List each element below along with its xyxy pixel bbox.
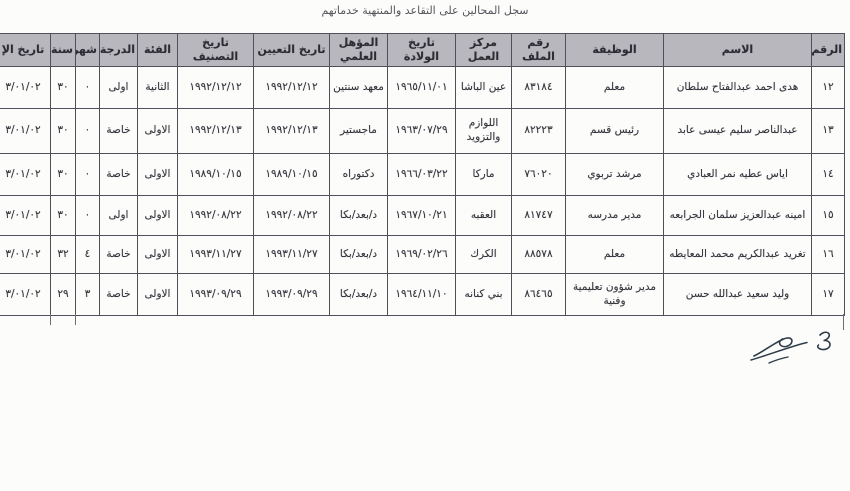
table-cell: ١٩٩٣/١١/٢٧ bbox=[178, 236, 254, 274]
table-cell: الاولى bbox=[138, 109, 178, 154]
table-cell: العقبه bbox=[456, 196, 512, 236]
table-cell: عين الباشا bbox=[456, 67, 512, 109]
table-cell: خاصة bbox=[100, 154, 138, 196]
table-cell: ٢٩ bbox=[51, 274, 76, 316]
table-cell: ١٩٩٢/١٢/١٢ bbox=[178, 67, 254, 109]
table-cell: معلم bbox=[566, 236, 664, 274]
table-cell: ١٣ bbox=[812, 109, 845, 154]
column-header: مركز العمل bbox=[456, 34, 512, 67]
table-cell: تغريد عبدالكريم محمد المعايطه bbox=[664, 236, 812, 274]
column-header: تاريخ الإ bbox=[0, 34, 51, 67]
table-cell: الاولى bbox=[138, 196, 178, 236]
table-cell: ١٩٨٩/١٠/١٥ bbox=[254, 154, 330, 196]
column-header: الرقم bbox=[812, 34, 845, 67]
table-cell: د/بعد/بكا bbox=[330, 236, 388, 274]
table-cell: معلم bbox=[566, 67, 664, 109]
table-cell: دكتوراه bbox=[330, 154, 388, 196]
retirees-register-table: الرقمالاسمالوظيفةرقم الملفمركز العملتاري… bbox=[0, 33, 845, 316]
column-header: رقم الملف bbox=[512, 34, 566, 67]
table-cell: مدير شؤون تعليمية وفنية bbox=[566, 274, 664, 316]
table-cell: ٤ bbox=[76, 236, 100, 274]
table-cell: ١٩٩٢/١٢/١٢ bbox=[254, 67, 330, 109]
table-cell: ١٩٨٩/١٠/١٥ bbox=[178, 154, 254, 196]
table-cell: ٨٨٥٧٨ bbox=[512, 236, 566, 274]
column-header: الدرجة bbox=[100, 34, 138, 67]
table-cell: ٨٣١٨٤ bbox=[512, 67, 566, 109]
table-cell: ١٩٦٥/١١/٠١ bbox=[388, 67, 456, 109]
table-cell: ٠ bbox=[76, 154, 100, 196]
table-cell: ١٩٩٣/١١/٢٧ bbox=[254, 236, 330, 274]
table-cell: خاصة bbox=[100, 274, 138, 316]
table-row: ١٦تغريد عبدالكريم محمد المعايطهمعلم٨٨٥٧٨… bbox=[0, 236, 845, 274]
table-cell: وليد سعيد عبدالله حسن bbox=[664, 274, 812, 316]
table-header: الرقمالاسمالوظيفةرقم الملفمركز العملتاري… bbox=[0, 34, 845, 67]
table-cell: ١٢ bbox=[812, 67, 845, 109]
table-cell: الاولى bbox=[138, 274, 178, 316]
scan-line-artifact bbox=[50, 314, 51, 325]
column-header: سنة bbox=[51, 34, 76, 67]
table-cell: مرشد تربوي bbox=[566, 154, 664, 196]
table-cell: عبدالناصر سليم عيسى عابد bbox=[664, 109, 812, 154]
table-cell: ١٩٩٢/١٢/١٣ bbox=[254, 109, 330, 154]
handwritten-signature bbox=[746, 324, 836, 372]
scan-line-artifact bbox=[75, 314, 76, 325]
table-cell: ١٩٦٩/٠٢/٢٦ bbox=[388, 236, 456, 274]
table-cell: اولى bbox=[100, 67, 138, 109]
column-header: شهر bbox=[76, 34, 100, 67]
table-cell: ١٩٩٣/٠٩/٢٩ bbox=[254, 274, 330, 316]
table-cell: ٠ bbox=[76, 109, 100, 154]
table-cell: ٨١٧٤٧ bbox=[512, 196, 566, 236]
table-cell: ٣٠ bbox=[51, 154, 76, 196]
table-row: ١٥امينه عبدالعزيز سلمان الجرابعهمدير مدر… bbox=[0, 196, 845, 236]
table-cell: ماركا bbox=[456, 154, 512, 196]
table-cell: ١٩٩٢/٠٨/٢٢ bbox=[178, 196, 254, 236]
table-cell: خاصة bbox=[100, 236, 138, 274]
table-cell: ٣٠ bbox=[51, 67, 76, 109]
column-header: الفئة bbox=[138, 34, 178, 67]
table-cell: اللوازم والتزويد bbox=[456, 109, 512, 154]
table-cell: ١٩٩٢/٠٨/٢٢ bbox=[254, 196, 330, 236]
table-cell: ٣/٠١/٠٢ bbox=[0, 274, 51, 316]
table-cell: الاولى bbox=[138, 154, 178, 196]
table-cell: ٠ bbox=[76, 67, 100, 109]
table-cell: معهد سنتين bbox=[330, 67, 388, 109]
table-cell: اولى bbox=[100, 196, 138, 236]
table-cell: ٣٢ bbox=[51, 236, 76, 274]
table-cell: د/بعد/بكا bbox=[330, 274, 388, 316]
table-cell: الكرك bbox=[456, 236, 512, 274]
table-cell: الثانية bbox=[138, 67, 178, 109]
table-cell: ١٩٩٣/٠٩/٢٩ bbox=[178, 274, 254, 316]
table-cell: ٣/٠١/٠٢ bbox=[0, 109, 51, 154]
column-header: تاريخ التصنيف bbox=[178, 34, 254, 67]
header-row: الرقمالاسمالوظيفةرقم الملفمركز العملتاري… bbox=[0, 34, 845, 67]
table-cell: الاولى bbox=[138, 236, 178, 274]
table-cell: اياس عطيه نمر العبادي bbox=[664, 154, 812, 196]
table-row: ١٣عبدالناصر سليم عيسى عابدرئيس قسم٨٢٢٢٣ا… bbox=[0, 109, 845, 154]
table-cell: امينه عبدالعزيز سلمان الجرابعه bbox=[664, 196, 812, 236]
table-cell: مدير مدرسه bbox=[566, 196, 664, 236]
table-row: ١٢هدى احمد عبدالفتاح سلطانمعلم٨٣١٨٤عين ا… bbox=[0, 67, 845, 109]
table-cell: ١٩٦٣/٠٧/٢٩ bbox=[388, 109, 456, 154]
table-row: ١٧وليد سعيد عبدالله حسنمدير شؤون تعليمية… bbox=[0, 274, 845, 316]
table-cell: ١٩٦٤/١١/١٠ bbox=[388, 274, 456, 316]
table-cell: ٠ bbox=[76, 196, 100, 236]
column-header: المؤهل العلمي bbox=[330, 34, 388, 67]
table-cell: خاصة bbox=[100, 109, 138, 154]
table-cell: بني كنانه bbox=[456, 274, 512, 316]
table-cell: ٣/٠١/٠٢ bbox=[0, 154, 51, 196]
table-cell: ١٩٦٧/١٠/٢١ bbox=[388, 196, 456, 236]
table-cell: ٨٢٢٢٣ bbox=[512, 109, 566, 154]
column-header: الوظيفة bbox=[566, 34, 664, 67]
scan-line-artifact bbox=[843, 314, 844, 330]
table-cell: ٧٦٠٢٠ bbox=[512, 154, 566, 196]
table-cell: ٨٦٤٦٥ bbox=[512, 274, 566, 316]
table-cell: ٣٠ bbox=[51, 196, 76, 236]
column-header: الاسم bbox=[664, 34, 812, 67]
table-cell: ٣٠ bbox=[51, 109, 76, 154]
table-cell: ١٥ bbox=[812, 196, 845, 236]
table-cell: ١٩٩٢/١٢/١٣ bbox=[178, 109, 254, 154]
table-cell: ٣/٠١/٠٢ bbox=[0, 236, 51, 274]
column-header: تاريخ الولادة bbox=[388, 34, 456, 67]
document-title: سجل المحالين على التقاعد والمنتهية خدمات… bbox=[0, 4, 850, 17]
table-cell: ٣/٠١/٠٢ bbox=[0, 67, 51, 109]
table-cell: ماجستير bbox=[330, 109, 388, 154]
table-cell: هدى احمد عبدالفتاح سلطان bbox=[664, 67, 812, 109]
table-cell: د/بعد/بكا bbox=[330, 196, 388, 236]
table-row: ١٤اياس عطيه نمر العباديمرشد تربوي٧٦٠٢٠ما… bbox=[0, 154, 845, 196]
table-cell: ١٦ bbox=[812, 236, 845, 274]
table-cell: ١٧ bbox=[812, 274, 845, 316]
table-cell: ٣ bbox=[76, 274, 100, 316]
column-header: تاريخ التعيين bbox=[254, 34, 330, 67]
table-body: ١٢هدى احمد عبدالفتاح سلطانمعلم٨٣١٨٤عين ا… bbox=[0, 67, 845, 316]
table-cell: ١٤ bbox=[812, 154, 845, 196]
table-cell: ١٩٦٦/٠٣/٢٢ bbox=[388, 154, 456, 196]
table-cell: ٣/٠١/٠٢ bbox=[0, 196, 51, 236]
table-cell: رئيس قسم bbox=[566, 109, 664, 154]
